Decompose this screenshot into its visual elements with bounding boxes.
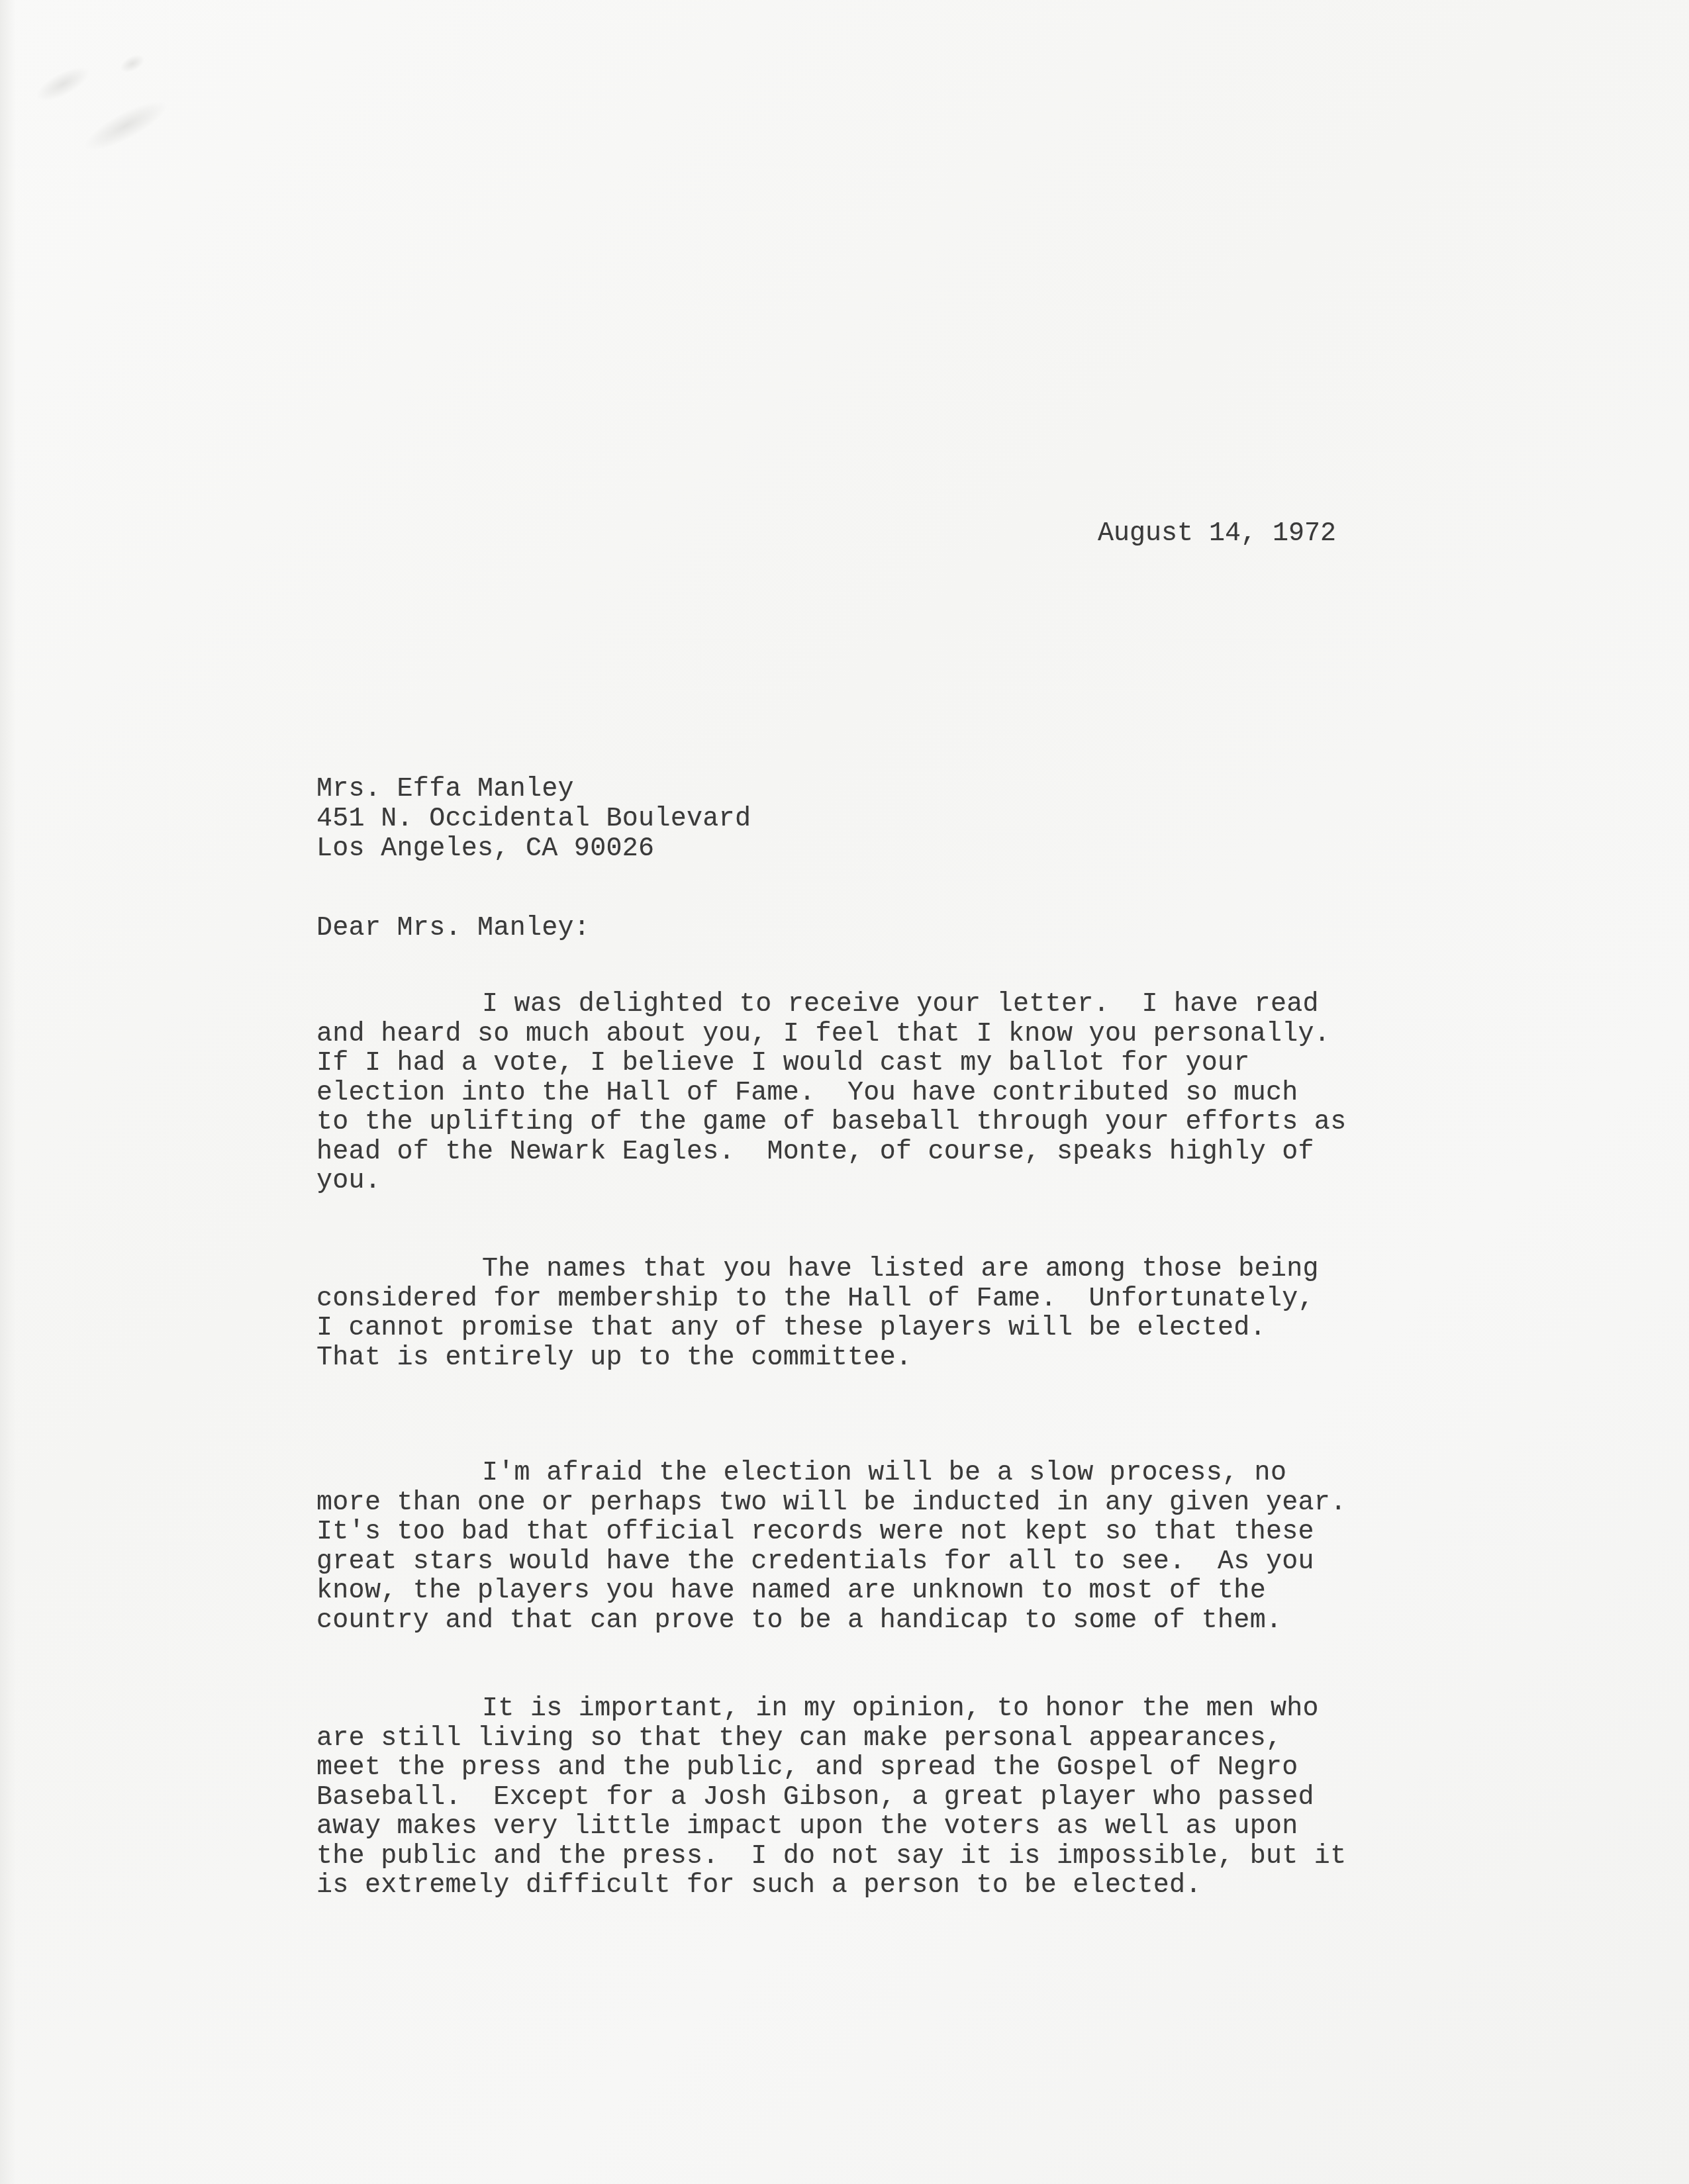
paragraph-line: more than one or perhaps two will be ind… [316, 1489, 1346, 1519]
recipient-address-block: Mrs. Effa Manley 451 N. Occidental Boule… [316, 775, 751, 864]
paragraph-line: are still living so that they can make p… [316, 1725, 1346, 1754]
paragraph-line: That is entirely up to the committee. [316, 1344, 1319, 1374]
salutation: Dear Mrs. Manley: [316, 914, 590, 943]
paragraph-line: If I had a vote, I believe I would cast … [316, 1049, 1346, 1079]
paragraph-line: The names that you have listed are among… [316, 1255, 1319, 1285]
paragraph-line: and heard so much about you, I feel that… [316, 1020, 1346, 1050]
paragraph-4: It is important, in my opinion, to honor… [316, 1695, 1346, 1901]
recipient-city-state-zip: Los Angeles, CA 90026 [316, 834, 751, 864]
paragraph-line: great stars would have the credentials f… [316, 1548, 1346, 1578]
paragraph-line: It's too bad that official records were … [316, 1518, 1346, 1548]
paragraph-line: country and that can prove to be a handi… [316, 1607, 1346, 1637]
paper-emboss-mark [117, 51, 148, 76]
paragraph-line: you. [316, 1167, 1346, 1197]
letter-date: August 14, 1972 [1098, 519, 1336, 549]
paper-emboss-mark [31, 60, 94, 108]
paragraph-2: The names that you have listed are among… [316, 1255, 1319, 1373]
paragraph-line: head of the Newark Eagles. Monte, of cou… [316, 1138, 1346, 1168]
paragraph-line: It is important, in my opinion, to honor… [316, 1695, 1346, 1725]
paper-edge-shadow [0, 0, 16, 2184]
paragraph-line: I cannot promise that any of these playe… [316, 1314, 1319, 1344]
paragraph-line: I was delighted to receive your letter. … [316, 990, 1346, 1020]
paragraph-line: considered for membership to the Hall of… [316, 1285, 1319, 1315]
paragraph-3: I'm afraid the election will be a slow p… [316, 1459, 1346, 1636]
recipient-name: Mrs. Effa Manley [316, 775, 751, 804]
paragraph-line: I'm afraid the election will be a slow p… [316, 1459, 1346, 1489]
paragraph-line: know, the players you have named are unk… [316, 1577, 1346, 1607]
paragraph-line: the public and the press. I do not say i… [316, 1842, 1346, 1872]
recipient-street: 451 N. Occidental Boulevard [316, 804, 751, 834]
paragraph-line: meet the press and the public, and sprea… [316, 1754, 1346, 1783]
paper-emboss-mark [79, 92, 173, 159]
paragraph-line: away makes very little impact upon the v… [316, 1813, 1346, 1842]
paragraph-line: is extremely difficult for such a person… [316, 1872, 1346, 1901]
paragraph-line: election into the Hall of Fame. You have… [316, 1079, 1346, 1109]
paragraph-1: I was delighted to receive your letter. … [316, 990, 1346, 1197]
paragraph-line: Baseball. Except for a Josh Gibson, a gr… [316, 1783, 1346, 1813]
paragraph-line: to the uplifting of the game of baseball… [316, 1108, 1346, 1138]
